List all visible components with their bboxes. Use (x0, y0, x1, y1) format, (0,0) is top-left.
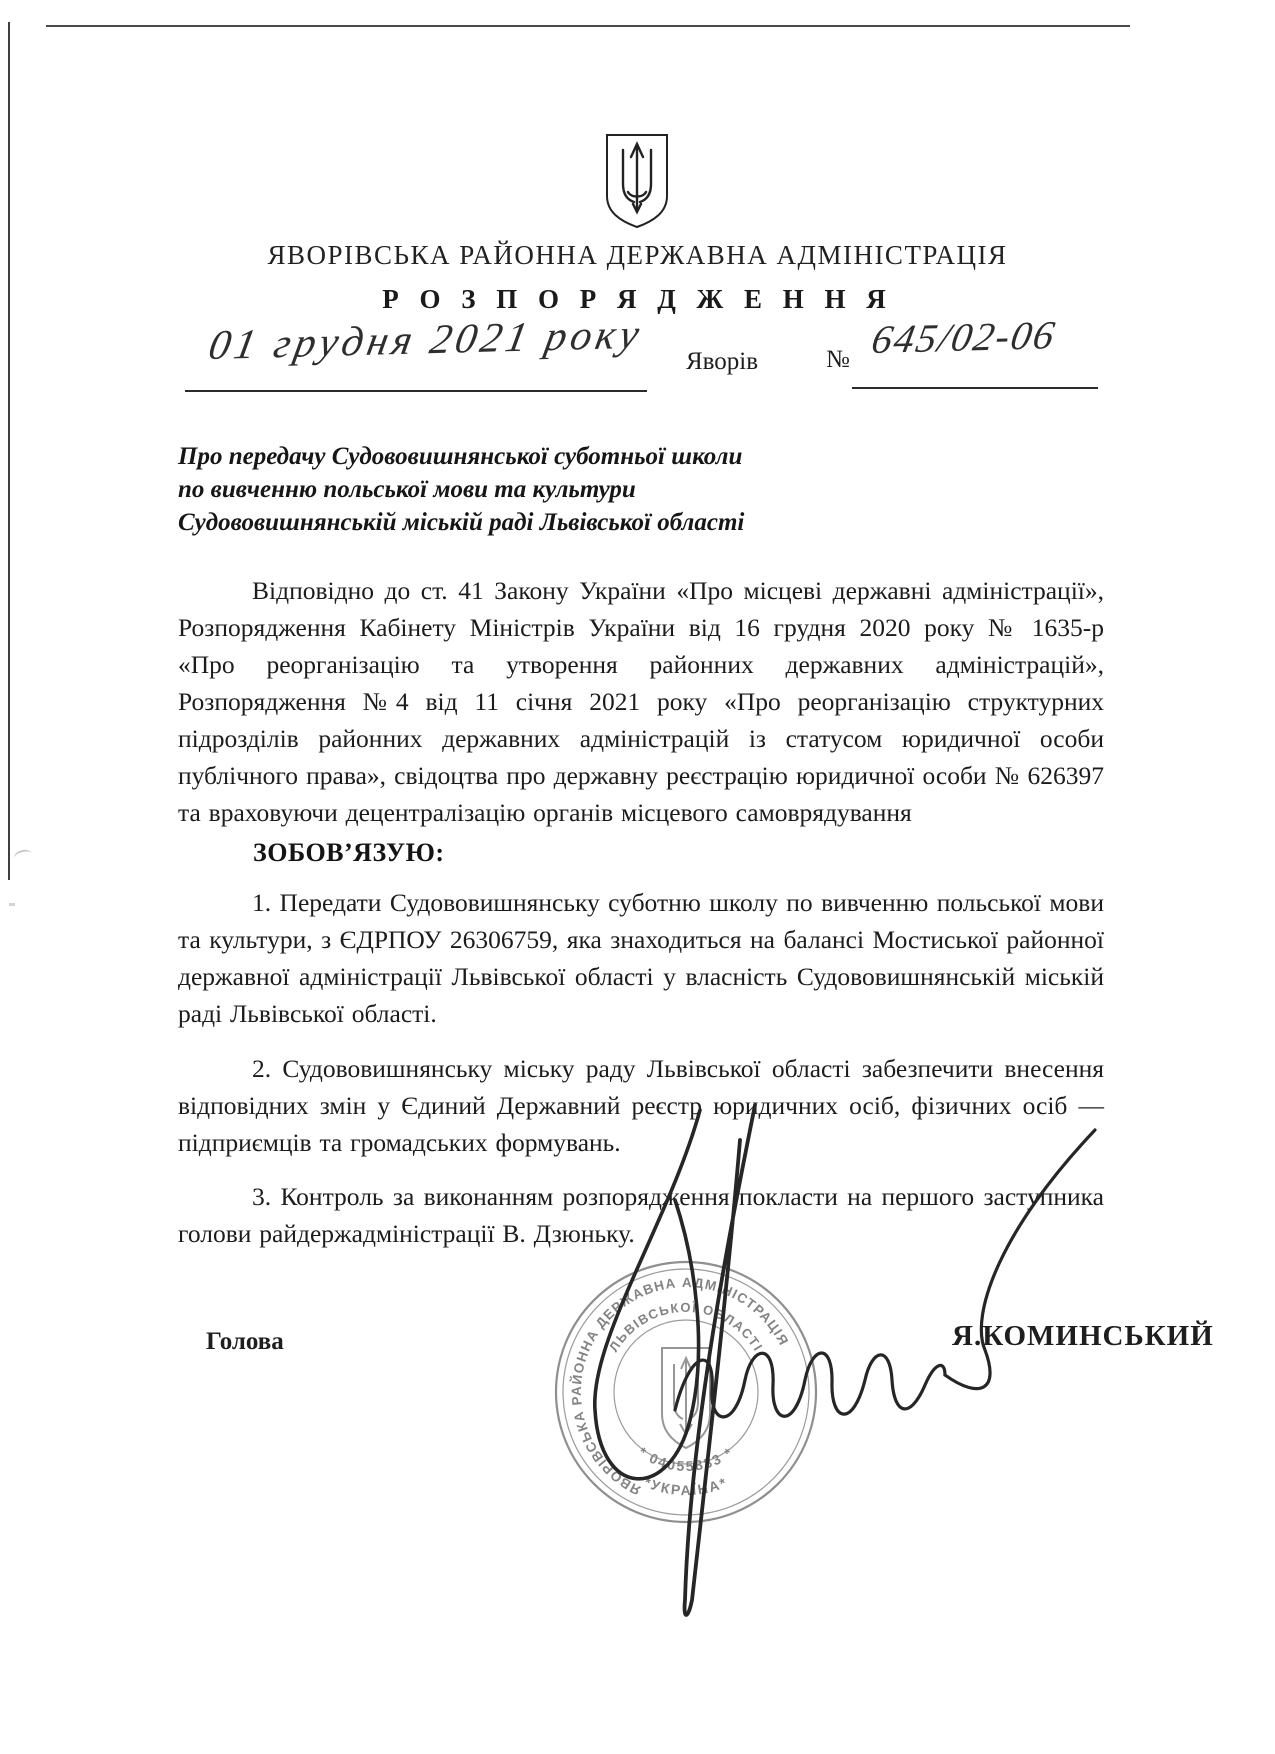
subject-line-1: Про передачу Судововишнянської суботньої… (178, 440, 878, 473)
org-name: ЯВОРІВСЬКА РАЙОННА ДЕРЖАВНА АДМІНІСТРАЦІ… (0, 240, 1275, 271)
left-border-line (8, 22, 10, 880)
signature-title: Голова (206, 1328, 284, 1356)
coat-of-arms-icon (598, 130, 676, 232)
resolve-heading: ЗОБОВ’ЯЗУЮ: (253, 838, 445, 868)
document-page: ЯВОРІВСЬКА РАЙОННА ДЕРЖАВНА АДМІНІСТРАЦІ… (0, 0, 1275, 1754)
scan-noise-mark (13, 848, 33, 864)
number-underline (852, 387, 1098, 389)
date-underline (185, 390, 647, 392)
city-name: Яворів (686, 348, 758, 376)
signature-scribble (440, 1080, 1120, 1630)
subject-line-3: Судововишнянській міській раді Львівсько… (178, 506, 878, 539)
scan-noise-dot (9, 903, 15, 906)
order-item-1: 1. Передати Судововишнянську суботню шко… (178, 884, 1104, 1032)
handwritten-date: 01 грудня 2021 року (205, 311, 647, 370)
intro-paragraph: Відповідно до ст. 41 Закону України «Про… (178, 572, 1104, 831)
subject-heading: Про передачу Судововишнянської суботньої… (178, 440, 878, 539)
handwritten-number: 645/02-06 (868, 311, 1060, 363)
subject-line-2: по вивченню польської мови та культури (178, 473, 878, 506)
number-sign: № (826, 346, 850, 374)
top-border-line (46, 25, 1130, 27)
